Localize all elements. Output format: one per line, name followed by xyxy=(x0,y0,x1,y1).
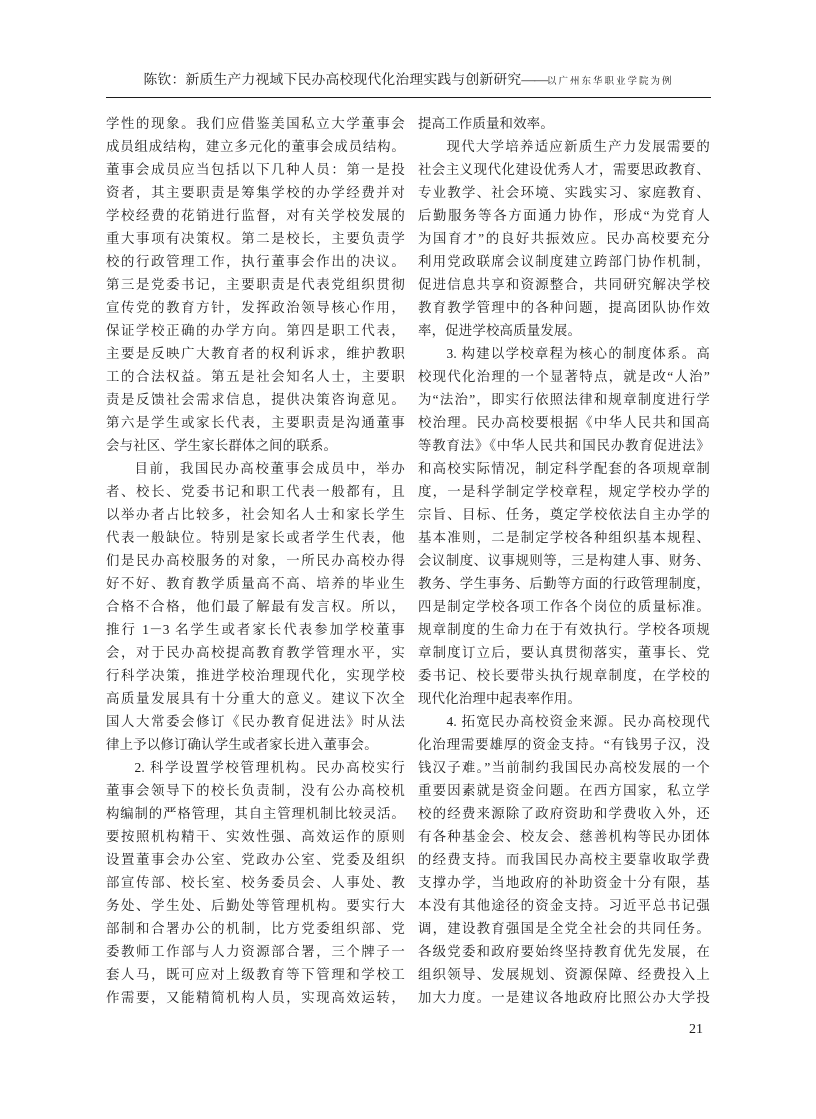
text-line: 们是民办高校服务的对象，一所民办高校办得 xyxy=(106,549,405,572)
text-line: 董事会成员应当包括以下几种人员：第一是投 xyxy=(106,158,405,181)
text-line: 校的行政管理工作，执行董事会作出的决议。 xyxy=(106,250,405,273)
text-line: 以举办者占比较多，社会知名人士和家长学生 xyxy=(106,503,405,526)
text-line: 有各种基金会、校友会、慈善机构等民办团体 xyxy=(418,825,710,848)
text-line: 作需要，又能精简机构人员，实现高效运转， xyxy=(106,986,405,1009)
paragraph-end-line: 现代化治理中起表率作用。 xyxy=(418,687,710,710)
text-line: 教务、学生事务、后勤等方面的行政管理制度， xyxy=(418,572,710,595)
text-line: 国人大常委会修订《民办教育促进法》时从法 xyxy=(106,710,405,733)
running-header-title: 陈钦：新质生产力视域下民办高校现代化治理实践与创新研究 xyxy=(143,72,521,87)
text-line: 会议制度、议事规则等，三是构建人事、财务、 xyxy=(418,549,710,572)
section-heading-line: 2. 科学设置学校管理机构。民办高校实行 xyxy=(106,756,405,779)
text-line: 为国育才”的良好共振效应。民办高校要充分 xyxy=(418,227,710,250)
text-line: 会，对于民办高校提高教育教学管理水平，实 xyxy=(106,641,405,664)
paragraph-end-line: 律上予以修订确认学生或者家长进入董事会。 xyxy=(106,733,405,756)
text-line: 后勤服务等各方面通力协作，形成“为党育人 xyxy=(418,204,710,227)
text-line: 高质量发展具有十分重大的意义。建议下次全 xyxy=(106,687,405,710)
text-line: 利用党政联席会议制度建立跨部门协作机制， xyxy=(418,250,710,273)
text-line: 钱汉子难。”当前制约我国民办高校发展的一个 xyxy=(418,756,710,779)
text-line: 主要是反映广大教育者的权利诉求，维护教职 xyxy=(106,342,405,365)
text-line: 务处、学生处、后勤处等管理机构。要实行大 xyxy=(106,894,405,917)
text-line: 部宣传部、校长室、校务委员会、人事处、教 xyxy=(106,871,405,894)
text-line: 调，建设教育强国是全党全社会的共同任务。 xyxy=(418,917,710,940)
text-line: 宗旨、目标、任务，奠定学校依法自主办学的 xyxy=(418,503,710,526)
right-column: 提高工作质量和效率。 现代大学培养适应新质生产力发展需要的 社会主义现代化建设优… xyxy=(418,112,710,1009)
page-number: 21 xyxy=(660,1020,703,1040)
section-heading-line: 4. 拓宽民办高校资金来源。民办高校现代 xyxy=(418,710,710,733)
paragraph-end-line: 会与社区、学生家长群体之间的联系。 xyxy=(106,434,405,457)
text-line: 促进信息共享和资源整合，共同研究解决学校 xyxy=(418,273,710,296)
text-line: 规章制度的生命力在于有效执行。学校各项规 xyxy=(418,618,710,641)
text-line: 学校经费的花销进行监督，对有关学校发展的 xyxy=(106,204,405,227)
text-line: 委书记、校长要带头执行规章制度，在学校的 xyxy=(418,664,710,687)
text-line: 宣传党的教育方针，发挥政治领导核心作用， xyxy=(106,296,405,319)
section-heading-line: 3. 构建以学校章程为核心的制度体系。高 xyxy=(418,342,710,365)
text-line: 校治理。民办高校要根据《中华人民共和国高 xyxy=(418,411,710,434)
text-line: 构编制的严格管理，其自主管理机制比较灵活。 xyxy=(106,802,405,825)
text-line: 董事会领导下的校长负责制，没有公办高校机 xyxy=(106,779,405,802)
text-line: 代表一般缺位。特别是家长或者学生代表，他 xyxy=(106,526,405,549)
paragraph-end-line: 提高工作质量和效率。 xyxy=(418,112,710,135)
text-line: 基本准则，二是制定学校各种组织基本规程、 xyxy=(418,526,710,549)
text-line: 责是反馈社会需求信息，提供决策咨询意见。 xyxy=(106,388,405,411)
text-line: 组织领导、发展规划、资源保障、经费投入上 xyxy=(418,963,710,986)
text-line: 保证学校正确的办学方向。第四是职工代表， xyxy=(106,319,405,342)
text-line: 设置董事会办公室、党政办公室、党委及组织 xyxy=(106,848,405,871)
text-line: 各级党委和政府要始终坚持教育优先发展，在 xyxy=(418,940,710,963)
header-rule xyxy=(106,97,711,98)
text-line: 重要因素就是资金问题。在西方国家，私立学 xyxy=(418,779,710,802)
text-line: 加大力度。一是建议各地政府比照公办大学投 xyxy=(418,986,710,1009)
text-line: 合格不合格，他们最了解最有发言权。所以， xyxy=(106,595,405,618)
text-line: 专业教学、社会环境、实践实习、家庭教育、 xyxy=(418,181,710,204)
text-line: 套人马，既可应对上级教育等下管理和学校工 xyxy=(106,963,405,986)
text-line: 校的经费来源除了政府资助和学费收入外，还 xyxy=(418,802,710,825)
text-line: 者、校长、党委书记和职工代表一般都有，且 xyxy=(106,480,405,503)
text-line: 部制和合署办公的机制，比方党委组织部、党 xyxy=(106,917,405,940)
text-line: 学性的现象。我们应借鉴美国私立大学董事会 xyxy=(106,112,405,135)
text-line: 和高校实际情况，制定科学配套的各项规章制 xyxy=(418,457,710,480)
running-header-dash: —— xyxy=(521,72,547,87)
paragraph-start-line: 现代大学培养适应新质生产力发展需要的 xyxy=(418,135,710,158)
running-header: 陈钦：新质生产力视域下民办高校现代化治理实践与创新研究——以广州东华职业学院为例 xyxy=(106,69,711,91)
text-line: 为“法治”，即实行依照法律和规章制度进行学 xyxy=(418,388,710,411)
text-line: 度，一是科学制定学校章程，规定学校办学的 xyxy=(418,480,710,503)
text-line: 委教师工作部与人力资源部合署，三个牌子一 xyxy=(106,940,405,963)
text-line: 四是制定学校各项工作各个岗位的质量标准。 xyxy=(418,595,710,618)
text-line: 资者，其主要职责是筹集学校的办学经费并对 xyxy=(106,181,405,204)
paragraph-end-line: 率，促进学校高质量发展。 xyxy=(418,319,710,342)
text-line: 好不好、教育教学质量高不高、培养的毕业生 xyxy=(106,572,405,595)
text-line: 成员组成结构，建立多元化的董事会成员结构。 xyxy=(106,135,405,158)
text-line: 工的合法权益。第五是社会知名人士，主要职 xyxy=(106,365,405,388)
text-line: 等教育法》《中华人民共和国民办教育促进法》 xyxy=(418,434,710,457)
text-line: 社会主义现代化建设优秀人才，需要思政教育、 xyxy=(418,158,710,181)
text-line: 的经费支持。而我国民办高校主要靠收取学费 xyxy=(418,848,710,871)
text-line: 校现代化治理的一个显著特点，就是改“人治” xyxy=(418,365,710,388)
text-line: 要按照机构精干、实效性强、高效运作的原则 xyxy=(106,825,405,848)
running-header-subtitle: 以广州东华职业学院为例 xyxy=(547,77,674,87)
text-line: 章制度订立后，要认真贯彻落实，董事长、党 xyxy=(418,641,710,664)
text-line: 本没有其他途径的资金支持。习近平总书记强 xyxy=(418,894,710,917)
text-line: 推行 1－3 名学生或者家长代表参加学校董事 xyxy=(106,618,405,641)
paragraph-start-line: 目前，我国民办高校董事会成员中，举办 xyxy=(106,457,405,480)
left-column: 学性的现象。我们应借鉴美国私立大学董事会 成员组成结构，建立多元化的董事会成员结… xyxy=(106,112,405,1009)
text-line: 重大事项有决策权。第二是校长，主要负责学 xyxy=(106,227,405,250)
text-line: 教育教学管理中的各种问题，提高团队协作效 xyxy=(418,296,710,319)
text-line: 支撑办学，当地政府的补助资金十分有限，基 xyxy=(418,871,710,894)
text-line: 第六是学生或家长代表，主要职责是沟通董事 xyxy=(106,411,405,434)
text-line: 第三是党委书记，主要职责是代表党组织贯彻 xyxy=(106,273,405,296)
text-line: 化治理需要雄厚的资金支持。“有钱男子汉，没 xyxy=(418,733,710,756)
text-line: 行科学决策，推进学校治理现代化，实现学校 xyxy=(106,664,405,687)
